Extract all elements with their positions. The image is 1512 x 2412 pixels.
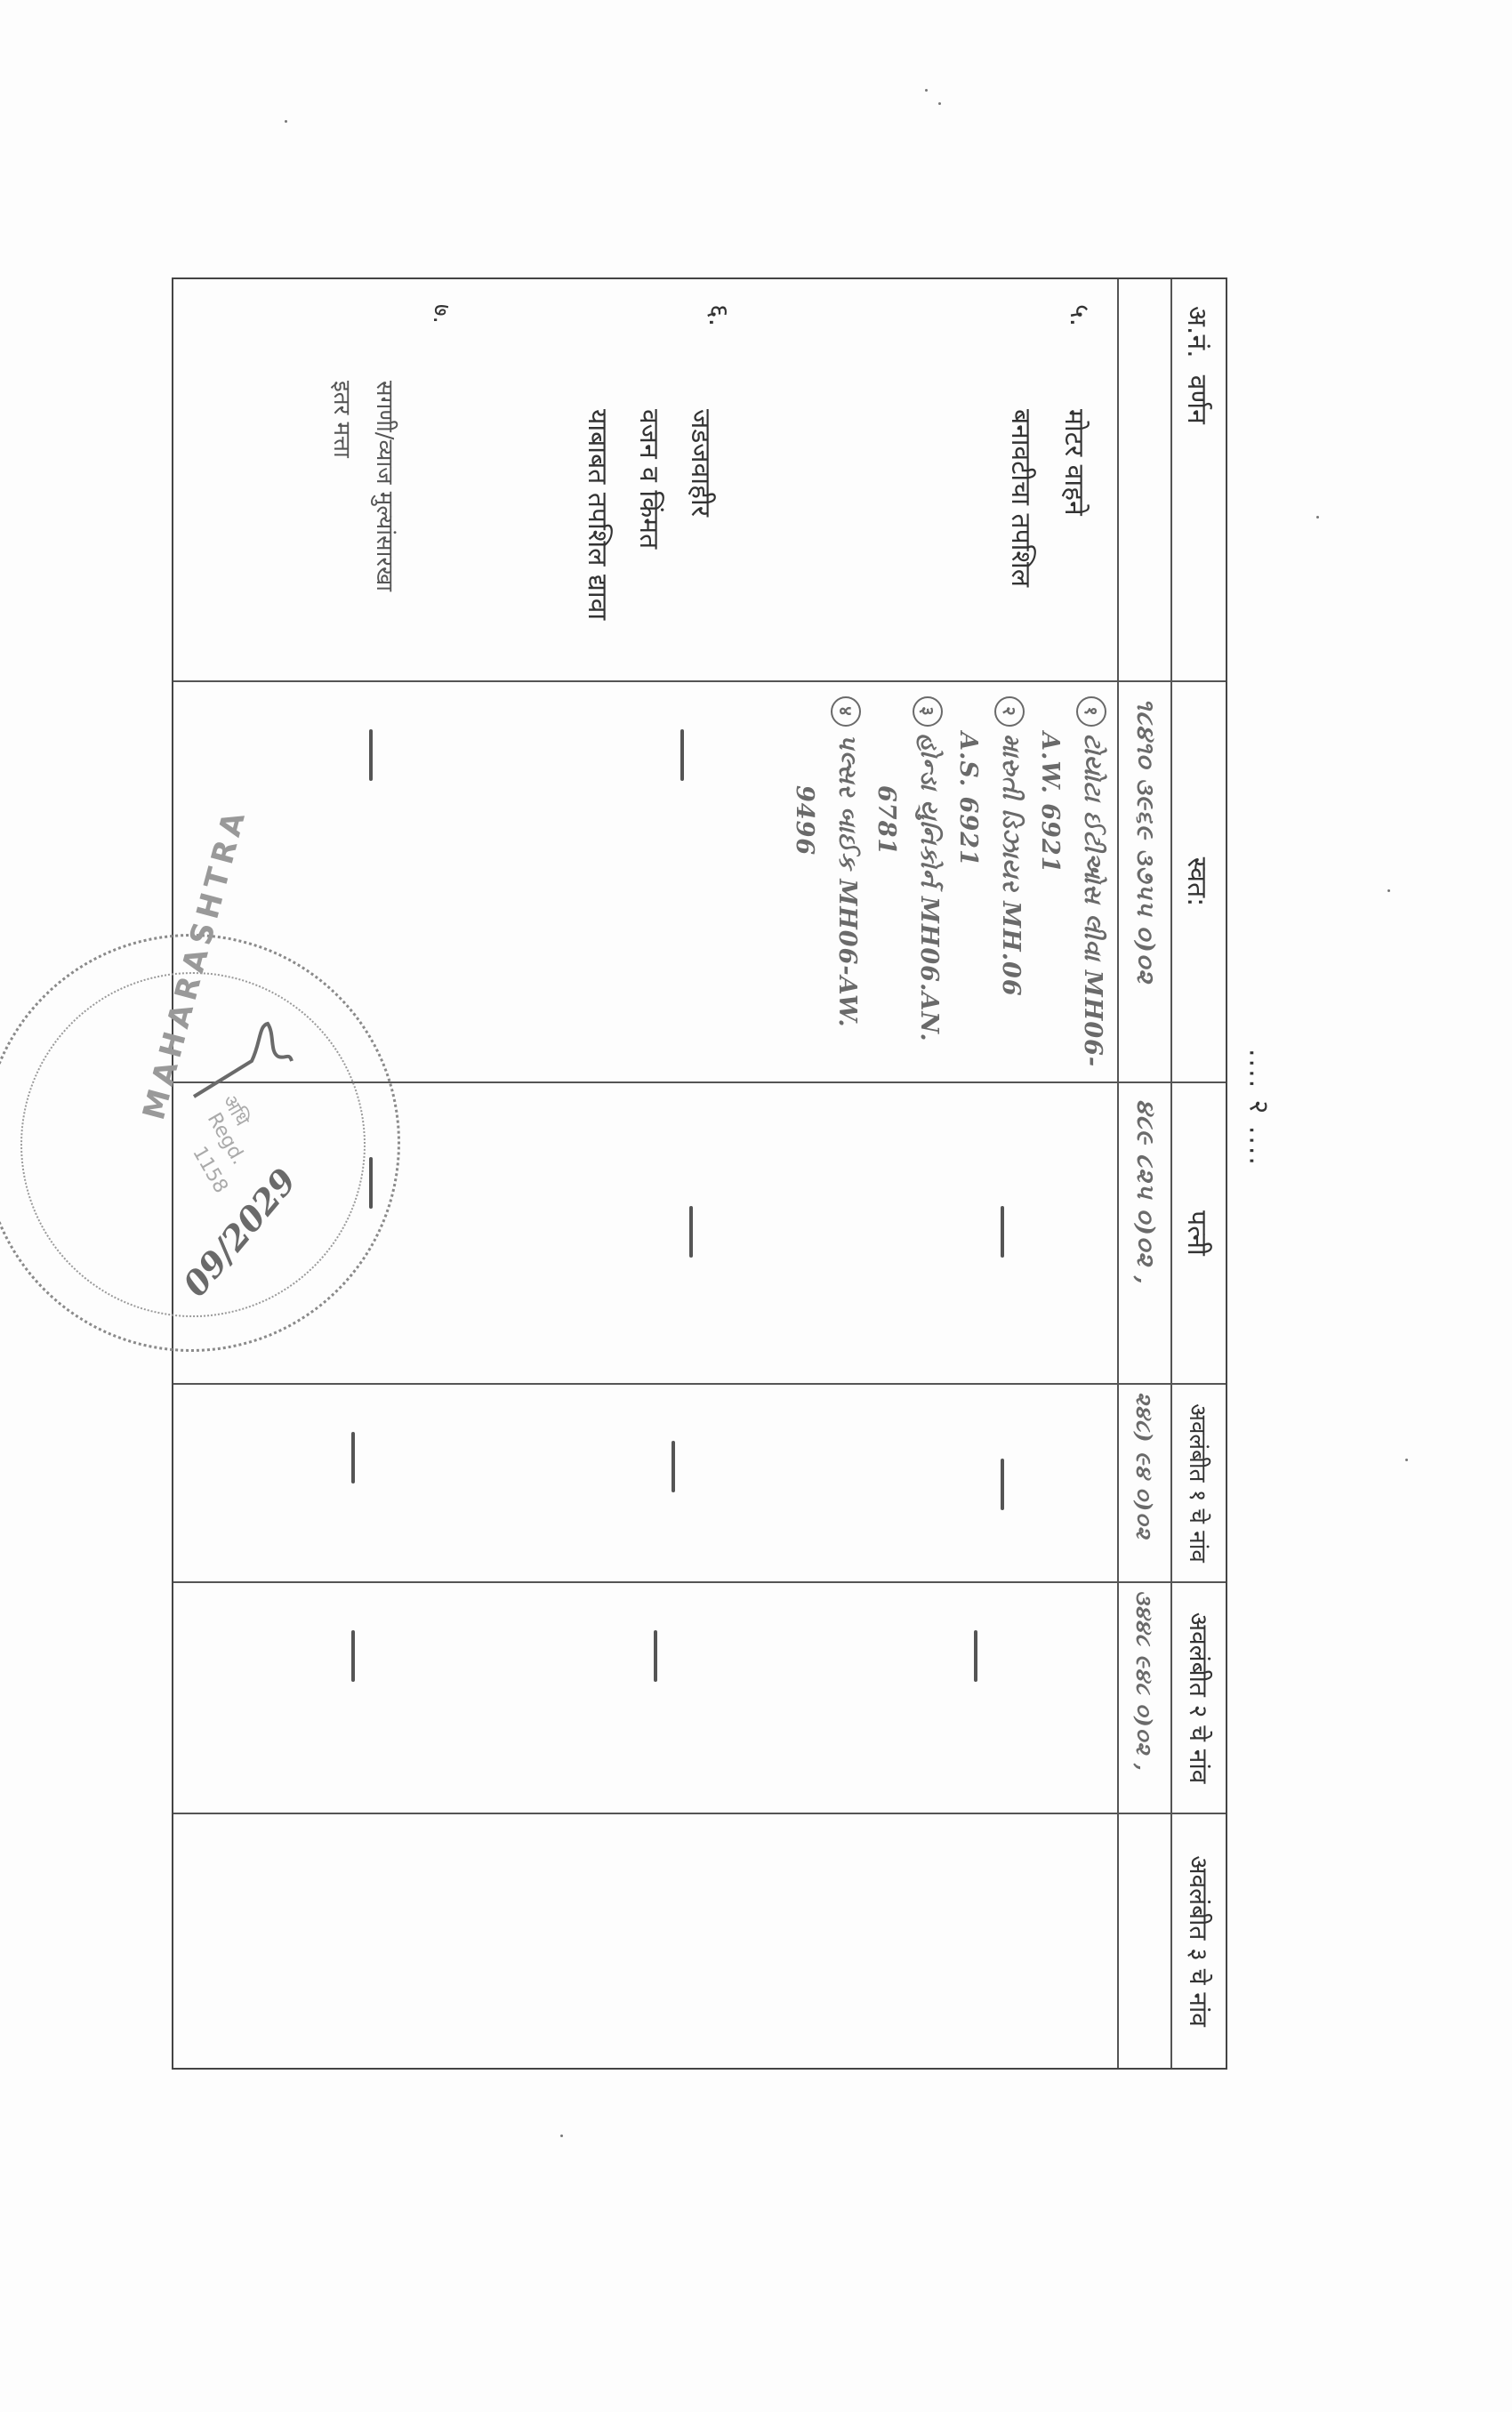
scan-speck	[1316, 516, 1319, 519]
row-6-desc-line-3: याबाबत तपशिल द्यावा	[581, 409, 617, 620]
row-5-spouse-dash	[1001, 1206, 1004, 1258]
totals-dependent-1: ૨૪૮) ૯૪ ૦)૦૨	[1117, 1385, 1170, 1583]
totals-dependent-2-value: ૩૪૪૮ ૯૪૮ ૦)૦૨ ,	[1132, 1590, 1158, 1772]
scan-speck	[925, 89, 928, 92]
row-7-dependent-1-dash	[351, 1432, 355, 1483]
vehicle-4-marker: ४	[831, 696, 861, 727]
signature-mark	[189, 1008, 305, 1105]
row-7-self-dash	[369, 729, 373, 781]
scan-speck	[285, 120, 287, 123]
row-7-dependent-2-dash	[351, 1630, 355, 1682]
page-number-marker: .... २ ....	[1241, 1036, 1276, 1178]
header-description: अ.नं. वर्णन	[1170, 279, 1226, 682]
row-6-desc-line-1: जडजवाहीर	[684, 409, 720, 517]
header-dependent-2: अवलंबीत २ चे नांव	[1170, 1583, 1226, 1814]
row-5-number: ५.	[1063, 304, 1099, 326]
row-6-desc-line-2: वजन व किंमत	[632, 409, 669, 549]
vehicle-2-marker: २	[994, 696, 1025, 727]
totals-description	[1117, 279, 1170, 682]
vehicle-4-line-2: 9496	[791, 785, 818, 856]
body-description-column: ५. मोटर वाहने बनावटीचा तपशिल ६. जडजवाहीर…	[173, 279, 1117, 682]
scan-speck	[1405, 1459, 1408, 1461]
totals-self-value: ૧૮૪૧૦ ૩૯૬૯ ૩૭૫૫ ૦)૦૨	[1130, 698, 1159, 984]
vehicle-3-line-1: ३હોન્ડા યુનિકોર્ન MH06.AN.	[913, 696, 943, 1042]
totals-dependent-2: ૩૪૪૮ ૯૪૮ ૦)૦૨ ,	[1117, 1583, 1170, 1814]
vehicle-4-line-1: ४પલ્સર બાઈક MH06-AW.	[831, 696, 861, 1028]
row-6-number: ६.	[702, 304, 738, 326]
header-dependent-3: अवलंबीत ३ चे नांव	[1170, 1814, 1226, 2068]
row-6-dependent-2-dash	[654, 1630, 657, 1682]
vehicle-2-line-2: A.S. 6921	[954, 732, 982, 867]
vehicle-3-line-2: 6781	[873, 785, 900, 856]
scan-speck	[1387, 889, 1390, 892]
vehicle-2-line-1: २મારુતી ડિઝાયર MH.06	[994, 696, 1025, 997]
body-dependent-3-column	[173, 1814, 1117, 2068]
official-stamp: MAHARASHTRA अधि Regd. 1158 09/2029	[0, 934, 400, 1352]
row-5-desc-line-1: मोटर वाहने	[1058, 409, 1094, 516]
row-5-dependent-1-dash	[1001, 1459, 1004, 1510]
vehicle-1-line-1: १ટોયોટા ઈટીઓસ લીવા MH06-	[1076, 696, 1106, 1067]
row-5-desc-line-2: बनावटीचा तपशिल	[1004, 409, 1041, 587]
scan-speck	[560, 2135, 563, 2137]
totals-spouse: ૪૮૯ ૮૨૫ ૦)૦૨ ,	[1117, 1083, 1170, 1385]
row-7-desc-line-2: इतर मत्ता	[327, 381, 359, 458]
totals-self: ૧૮૪૧૦ ૩૯૬૯ ૩૭૫૫ ૦)૦૨	[1117, 682, 1170, 1083]
totals-spouse-value: ૪૮૯ ૮૨૫ ૦)૦૨ ,	[1130, 1099, 1159, 1285]
header-dependent-1: अवलंबीत १ चे नांव	[1170, 1385, 1226, 1583]
row-6-self-dash	[680, 729, 684, 781]
row-7-desc-line-1: सगणी/व्याज मुल्यांसारखा	[370, 381, 402, 591]
row-6-spouse-dash	[689, 1206, 693, 1258]
row-6-dependent-1-dash	[672, 1441, 675, 1492]
vehicle-1-line-2: A.W. 6921	[1036, 732, 1064, 873]
vehicle-3-marker: ३	[913, 696, 943, 727]
vehicle-1-marker: १	[1076, 696, 1106, 727]
header-self: स्वत:	[1170, 682, 1226, 1083]
body-dependent-1-column	[173, 1385, 1117, 1583]
totals-dependent-3	[1117, 1814, 1170, 2068]
totals-dependent-1-value: ૨૪૮) ૯૪ ૦)૦૨	[1132, 1392, 1158, 1540]
row-5-dependent-2-dash	[974, 1630, 977, 1682]
body-dependent-2-column	[173, 1583, 1117, 1814]
header-spouse: पत्नी	[1170, 1083, 1226, 1385]
row-7-number: ७.	[427, 304, 459, 324]
scan-speck	[938, 102, 941, 105]
